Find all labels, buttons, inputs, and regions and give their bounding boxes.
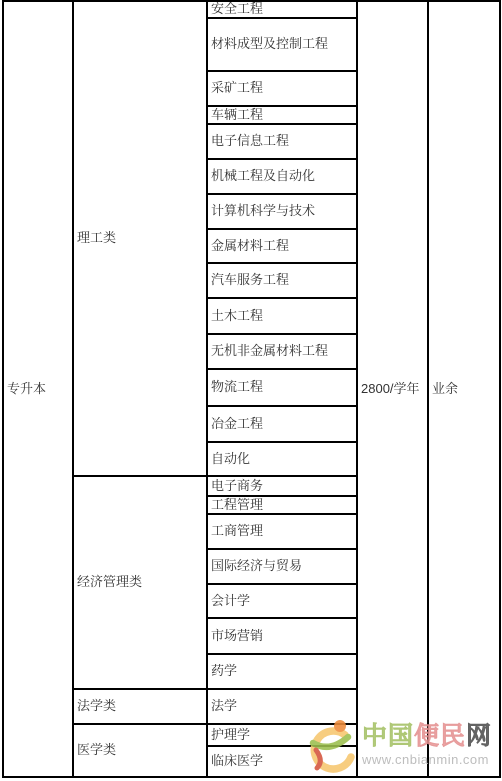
major-cell: 会计学 <box>207 584 357 618</box>
table-row: 专升本理工类安全工程2800/学年业余 <box>3 1 500 18</box>
major-cell: 冶金工程 <box>207 406 357 442</box>
major-cell: 自动化 <box>207 442 357 476</box>
category-cell: 法学类 <box>73 689 207 724</box>
major-cell: 临床医学 <box>207 746 357 777</box>
major-cell: 市场营销 <box>207 618 357 654</box>
major-cell: 护理学 <box>207 724 357 746</box>
major-cell: 采矿工程 <box>207 71 357 106</box>
major-cell: 车辆工程 <box>207 106 357 124</box>
major-cell: 国际经济与贸易 <box>207 549 357 584</box>
major-cell: 药学 <box>207 654 357 689</box>
fee-cell: 2800/学年 <box>357 1 428 777</box>
major-cell: 机械工程及自动化 <box>207 159 357 194</box>
major-cell: 无机非金属材料工程 <box>207 334 357 369</box>
major-cell: 工程管理 <box>207 496 357 514</box>
major-cell: 金属材料工程 <box>207 229 357 263</box>
major-cell: 物流工程 <box>207 369 357 406</box>
major-cell: 安全工程 <box>207 1 357 18</box>
admission-programs-table: 专升本理工类安全工程2800/学年业余材料成型及控制工程采矿工程车辆工程电子信息… <box>2 0 501 778</box>
major-cell: 电子商务 <box>207 476 357 496</box>
major-cell: 汽车服务工程 <box>207 263 357 298</box>
category-cell: 医学类 <box>73 724 207 777</box>
major-cell: 法学 <box>207 689 357 724</box>
major-cell: 工商管理 <box>207 514 357 549</box>
major-cell: 电子信息工程 <box>207 124 357 159</box>
table-body: 专升本理工类安全工程2800/学年业余材料成型及控制工程采矿工程车辆工程电子信息… <box>3 1 500 777</box>
major-cell: 土木工程 <box>207 298 357 334</box>
category-cell: 理工类 <box>73 1 207 476</box>
category-cell: 经济管理类 <box>73 476 207 689</box>
mode-cell: 业余 <box>428 1 500 777</box>
major-cell: 计算机科学与技术 <box>207 194 357 229</box>
level-cell: 专升本 <box>3 1 73 777</box>
major-cell: 材料成型及控制工程 <box>207 18 357 71</box>
